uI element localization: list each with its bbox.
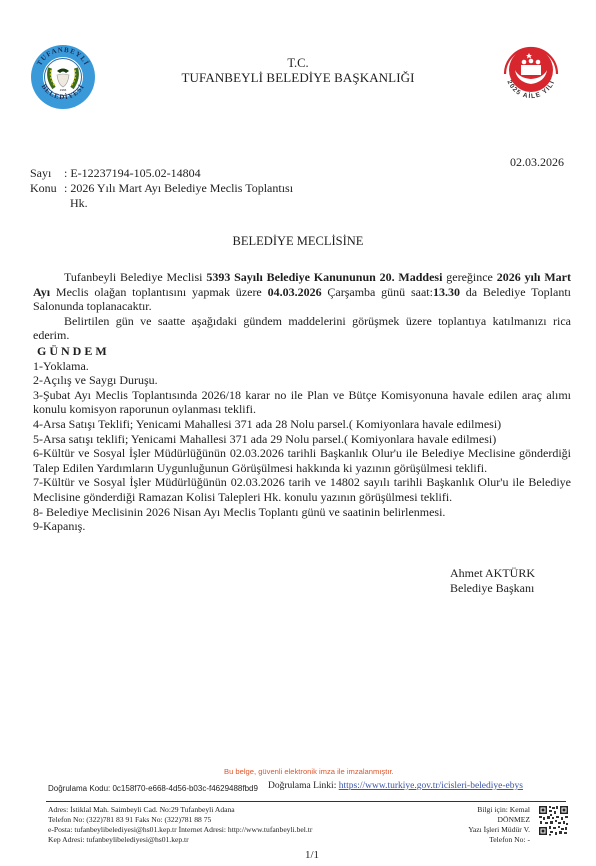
p1-text-2: gereğince [442, 270, 496, 284]
svg-text:1966: 1966 [60, 88, 67, 92]
footer-kep: Kep Adresi: tufanbeylibelediyesi@hs01.ke… [48, 835, 312, 845]
agenda-item: 1-Yoklama. [33, 359, 571, 374]
agenda-item: 8- Belediye Meclisinin 2026 Nisan Ayı Me… [33, 505, 571, 520]
agenda-item: 6-Kültür ve Sosyal İşler Müdürlüğünün 02… [33, 446, 571, 475]
agenda-item: 5-Arsa satışı teklifi; Yenicami Mahalles… [33, 432, 571, 447]
verification-link-label: Doğrulama Linki: [268, 781, 339, 791]
agenda-item: 4-Arsa Satışı Teklifi; Yenicami Mahalles… [33, 417, 571, 432]
p1-bold-law: 5393 Sayılı Belediye Kanununun 20. Madde… [206, 270, 442, 284]
2025-aile-yili-emblem-icon: 2025 AİLE YILI [495, 40, 567, 112]
p1-bold-time: 13.30 [433, 285, 460, 299]
document-meta: Sayı : E-12237194-105.02-14804 Konu : 20… [30, 166, 293, 211]
signatory-name: Ahmet AKTÜRK [450, 566, 535, 581]
info-phone: Telefon No: - [450, 835, 530, 845]
agenda-item: 3-Şubat Ayı Meclis Toplantısında 2026/18… [33, 388, 571, 417]
signature-block: Ahmet AKTÜRK Belediye Başkanı [450, 566, 535, 595]
konu-row: Konu : 2026 Yılı Mart Ayı Belediye Mecli… [30, 181, 293, 196]
letter-body: Tufanbeyli Belediye Meclisi 5393 Sayılı … [33, 270, 571, 534]
p1-bold-date: 04.03.2026 [268, 285, 322, 299]
p1-text-3: Meclis olağan toplantısını yapmak üzere [50, 285, 267, 299]
konu-cont-text: Hk. [64, 196, 88, 210]
qr-code-icon [538, 805, 569, 836]
konu-continuation: Hk. [30, 196, 293, 211]
agenda-item: 2-Açılış ve Saygı Duruşu. [33, 373, 571, 388]
agenda-item: 7-Kültür ve Sosyal İşler Müdürlüğünün 02… [33, 475, 571, 504]
sayi-value: : E-12237194-105.02-14804 [64, 166, 201, 181]
sayi-label: Sayı [30, 166, 64, 181]
footer-phone: Telefon No: (322)781 83 91 Faks No: (322… [48, 815, 312, 825]
document-date: 02.03.2026 [510, 155, 564, 170]
paragraph-1: Tufanbeyli Belediye Meclisi 5393 Sayılı … [33, 270, 571, 314]
konu-value: : 2026 Yılı Mart Ayı Belediye Meclis Top… [64, 181, 293, 196]
konu-label: Konu [30, 181, 64, 196]
paragraph-2: Belirtilen gün ve saatte aşağıdaki günde… [33, 314, 571, 343]
footer-info: Bilgi için: Kemal DÖNMEZ Yazı İşleri Müd… [450, 805, 530, 845]
p1-text-4: Çarşamba günü saat: [322, 285, 433, 299]
agenda-item: 9-Kapanış. [33, 519, 571, 534]
sayi-row: Sayı : E-12237194-105.02-14804 [30, 166, 293, 181]
signatory-title: Belediye Başkanı [450, 581, 535, 596]
info-contact: Bilgi için: Kemal DÖNMEZ [450, 805, 530, 825]
verification-link-row: Doğrulama Linki: https://www.turkiye.gov… [268, 781, 523, 791]
p1-text-1: Tufanbeyli Belediye Meclisi [64, 270, 206, 284]
agenda-title: GÜNDEM [33, 344, 571, 359]
addressee: BELEDİYE MECLİSİNE [0, 234, 596, 249]
info-title: Yazı İşleri Müdür V. [450, 825, 530, 835]
footer-contact: Adres: İstiklal Mah. Saimbeyli Cad. No:2… [48, 805, 312, 845]
footer-email: e-Posta: tufanbeylibelediyesi@hs01.kep.t… [48, 825, 312, 835]
verification-link[interactable]: https://www.turkiye.gov.tr/icisleri-bele… [339, 781, 523, 791]
footer-address: Adres: İstiklal Mah. Saimbeyli Cad. No:2… [48, 805, 312, 815]
esign-notice: Bu belge, güvenli elektronik imza ile im… [224, 767, 394, 776]
verification-code: Doğrulama Kodu: 0c158f70-e668-4d56-b03c-… [48, 784, 258, 793]
agenda-list: 1-Yoklama. 2-Açılış ve Saygı Duruşu. 3-Ş… [33, 359, 571, 534]
page-number: 1/1 [0, 849, 596, 861]
footer-divider [46, 801, 566, 802]
